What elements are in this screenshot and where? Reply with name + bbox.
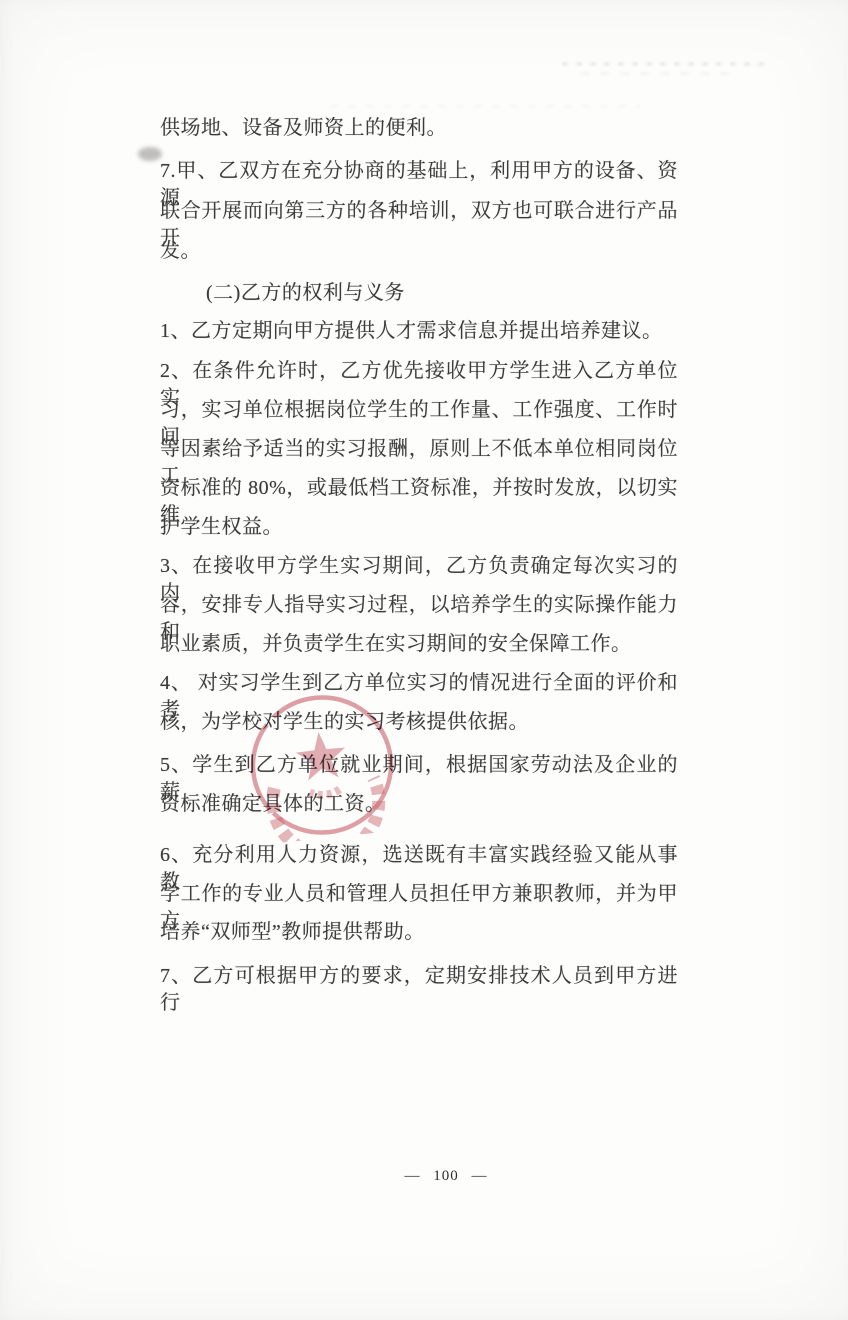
scanned-page: 供场地、设备及师资上的便利。7.甲、乙双方在充分协商的基础上，利用甲方的设备、资… — [0, 0, 848, 1320]
text-line: 护学生权益。 — [160, 514, 678, 541]
text-line: 资标准确定具体的工资。 — [160, 791, 678, 818]
text-line: 供场地、设备及师资上的便利。 — [160, 115, 678, 142]
scan-smudge — [138, 147, 162, 161]
text-line: 1、乙方定期向甲方提供人才需求信息并提出培养建议。 — [160, 318, 678, 345]
text-line: (二)乙方的权利与义务 — [206, 280, 724, 307]
scan-streak — [330, 105, 640, 108]
seal-star — [294, 730, 348, 782]
text-line: 发。 — [160, 238, 678, 265]
text-line: 职业素质，并负责学生在实习期间的安全保障工作。 — [160, 631, 678, 658]
text-line: 培养“双师型”教师提供帮助。 — [160, 919, 678, 946]
page-number: — 100 — — [0, 1168, 848, 1185]
scan-streak — [580, 72, 730, 75]
text-line: 核，为学校对学生的实习考核提供依据。 — [160, 709, 678, 736]
document-body: 供场地、设备及师资上的便利。7.甲、乙双方在充分协商的基础上，利用甲方的设备、资… — [0, 0, 848, 1320]
scan-streak — [562, 62, 767, 66]
red-seal — [241, 685, 403, 846]
text-line: 7、乙方可根据甲方的要求，定期安排技术人员到甲方进行 — [160, 963, 678, 1017]
seal-bottom-text — [310, 789, 340, 796]
